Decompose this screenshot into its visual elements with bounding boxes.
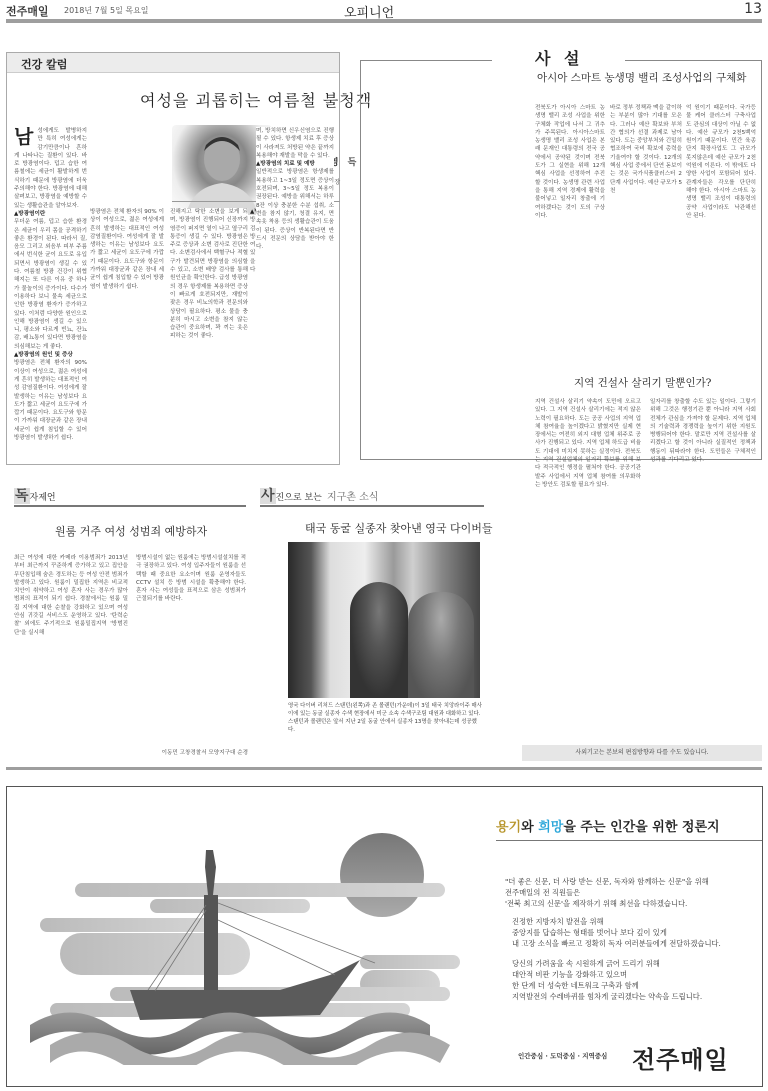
ad-headline: 용기와 희망을 주는 인간을 위한 정론지 [496,816,720,835]
photo-news-header: 사진으로 보는 지구촌 소식 [260,485,484,507]
dokja-text-b: 방범시설이 없는 원룸에는 방범시설설치를 적극 권장하고 있다. 여성 입주자… [136,555,246,602]
health-column-right: 며, 방치하면 신우신염으로 진행될 수 있다. 항생제 치료 후 증상이 사라… [256,127,334,457]
editorial-title-2: 지역 건설사 살리기 말뿐인가? [574,375,711,390]
news-photo [288,542,480,698]
masthead-rule [6,19,762,23]
editorial-1-col2: 바로 정부 정책과 맥을 같이하는 부분이 많아 기대를 모은다. 그러나 예산… [610,104,682,336]
ad-para-1: "더 좋은 신문, 더 사랑 받는 신문, 독자와 함께하는 신문"을 위해 전… [505,876,709,909]
diver-figure-left [350,582,408,698]
editorial-2-text-b: 일자리를 창출할 수도 있는 일이다. 그렇기 위해 그것은 행정기관 뿐 아니… [650,399,756,463]
dokja-title: 원룸 거주 여성 성범죄 예방하자 [55,523,207,539]
dokja-text-a: 최근 여성에 대한 카메라 이용범죄가 2013년부터 최근까지 꾸준하게 증가… [14,555,128,636]
masthead: 전주매일 2018년 7월 5일 목요일 오피니언 13 [6,0,762,20]
dokja-label-big: 독 [14,488,30,504]
health-column-label: 건강 칼럼 [21,56,67,72]
health-column-title: 여성을 괴롭히는 여름철 불청객 [140,88,372,111]
drop-cap: 남 [14,127,33,145]
ad-para-3: 당신의 가려움을 속 시원하게 긁어 드리기 위해 대안적 비판 기능을 강화하… [512,958,702,1002]
ad-line: "더 좋은 신문, 더 사랑 받는 신문, 독자와 함께하는 신문"을 위해 [505,876,709,887]
photo-news-title: 태국 동굴 실종자 찾아낸 영국 다이버들 [305,520,493,536]
editorial-label: 사 설 [535,46,583,69]
ad-headline-mid: 와 [521,820,538,835]
health-column-col1: 남 성에게도 발병하지만 특히 여성에게는 감기만큼이나 흔하게 나타나는 질환… [14,127,87,457]
ad-headline-rest: 을 주는 인간을 위한 정론지 [563,820,719,835]
photo-caption: 영국 다이버 리처드 스탠턴(왼쪽)과 존 볼랜던(가운데)이 3일 태국 치앙… [288,702,482,734]
ad-line: 대안적 비판 기능을 강화하고 있으며 [512,969,702,980]
masthead-brand: 전주매일 [6,3,49,19]
editorial-title-1: 아시아 스마트 농생명 밸리 조성사업의 구체화 [537,70,746,85]
diver-figure-right [408,592,474,698]
editorial-1-col1: 전북도가 아시아 스마트 농생명 밸리 조성 사업을 위한 구체화 작업에 나서… [535,104,605,336]
ad-line: 지역발전의 수레바퀴를 힘차게 굴리겠다는 약속을 드립니다. [512,991,702,1002]
editorial-2-text-a: 지역 건설사 살리기 약속이 도민에 오르고 있다. 그 지역 건설사 살리기에… [535,399,641,488]
ad-line: 전주매일의 전 직원들은 [505,887,709,898]
editorial-2-col1: 지역 건설사 살리기 약속이 도민에 오르고 있다. 그 지역 건설사 살리기에… [535,398,641,743]
health-body-col4b: 일반적으로 방광염은 항생제를 복용하고 1~3일 정도면 증상이 호전되며, … [256,169,334,250]
dokja-signature: 이동민 고창경찰서 모양지구대 순경 [148,749,248,759]
ad-tagline: 인간중심 · 도덕중심 · 지역중심 [518,1051,607,1060]
editorial-2-col2: 일자리를 창출할 수도 있는 일이다. 그렇기 위해 그것은 행정기관 뿐 아니… [650,398,756,743]
photo-news-label-mid: 진으로 보는 [276,493,322,503]
editorial-1-text-a: 전북도가 아시아 스마트 농생명 밸리 조성 사업을 위한 구체화 작업에 나서… [535,105,605,219]
masthead-date: 2018년 7월 5일 목요일 [64,5,149,16]
photo-news-label-grey: 지구촌 소식 [327,492,378,503]
ad-headline-blue: 희망 [538,820,563,835]
ad-line: 내 고장 소식을 빠르고 정확히 독자 여러분들에게 전달하겠습니다. [512,938,721,949]
ad-headline-gold: 용기 [496,820,521,835]
ship-illustration-icon [30,815,470,1065]
editorial-1-col3: 억 원이기 때문이다. 국가등물 케어 클러스터 구축사업도 관심의 대상이 아… [686,104,756,336]
health-subhead-1: ▲방광염이란 [14,210,87,218]
editorial-1-text-b: 바로 정부 정책과 맥을 같이하는 부분이 많아 기대를 모은다. 그러나 예산… [610,105,682,194]
health-body-1: 무더운 여름, 덥고 습한 환경은 세균이 우리 몸을 공격하기 좋은 환경이 … [14,219,87,349]
health-body-2: 방광염은 전체 환자의 90% 이상이 여성으로, 젊은 여성에게 흔히 발생하… [14,360,87,441]
ad-line: 중앙지를 답습하는 형태를 벗어나 보다 깊이 있게 [512,927,721,938]
ad-line: 한 단계 더 성숙한 네트워크 구축과 함께 [512,980,702,991]
dokja-col1: 최근 여성에 대한 카메라 이용범죄가 2013년부터 최근까지 꾸준하게 증가… [14,554,128,754]
health-column-middle-a: 진해지고 탁한 소변을 보게 되며, 방광염이 진행되어 신장까지 염증이 퍼지… [170,208,248,458]
health-subhead-2: ▲방광염의 원인 및 증상 [14,351,87,359]
page-number: 13 [744,1,762,17]
dokja-label-small: 자제언 [30,493,56,503]
dokja-header: 독자제언 [14,485,246,507]
health-subhead-4: ▲방광염의 치료 및 예방 [256,160,334,168]
ad-para-2: 진정한 지방자치 발전을 위해 중앙지를 답습하는 형태를 벗어나 보다 깊이 … [512,916,721,949]
health-column-middle-b: 방광염은 전체 환자의 90% 이상이 여성으로, 젊은 여성에게 흔히 발생하… [90,208,164,458]
notice-bar: 사외기고는 본보의 편집방향과 다를 수도 있습니다. [522,745,762,761]
ad-line: 당신의 가려움을 속 시원하게 긁어 드리기 위해 [512,958,702,969]
dokja-col2: 방범시설이 없는 원룸에는 방범시설설치를 적극 권장하고 있다. 여성 입주자… [136,554,246,744]
ad-divider [496,840,762,841]
health-body-col4: 며, 방치하면 신우신염으로 진행될 수 있다. 항생제 치료 후 증상이 사라… [256,128,334,159]
section-divider [6,767,762,770]
health-body-col2b: 진해지고 탁한 소변을 보게 되며, 방광염이 진행되어 신장까지 염증이 퍼지… [170,209,248,339]
ad-line: 진정한 지방자치 발전을 위해 [512,916,721,927]
photo-news-label-big: 사 [260,488,276,504]
ad-line: '전북 최고의 신문'을 제작하기 위해 최선을 다하겠습니다. [505,898,709,909]
health-body-col1b: 방광염은 전체 환자의 90% 이상이 여성으로, 젊은 여성에게 흔히 발생하… [90,209,164,290]
editorial-1-text-c: 억 원이기 때문이다. 국가등물 케어 클러스터 구축사업도 관심의 대상이 아… [686,105,756,219]
ad-logo: 전주매일 [632,1040,729,1075]
health-column-header: 건강 칼럼 [7,53,339,73]
